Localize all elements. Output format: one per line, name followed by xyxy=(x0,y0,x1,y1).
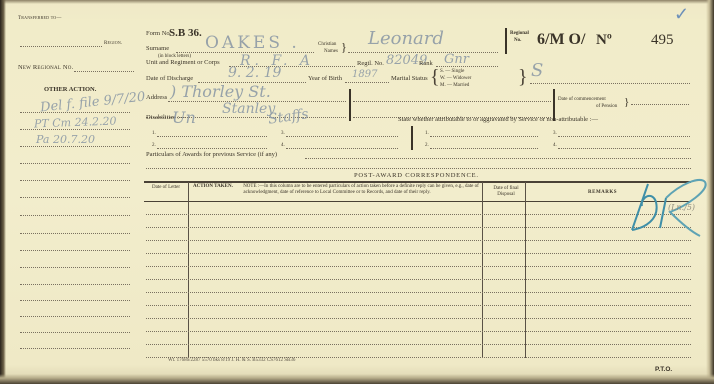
regional-divider xyxy=(505,28,507,54)
birth-value: 1897 xyxy=(352,70,377,80)
attributable-item-1: 1. xyxy=(425,131,429,136)
card-edge-bottom xyxy=(0,374,714,384)
other-action-note-3: Pa 20.7.20 xyxy=(36,134,95,145)
regtl-no-label: Regtl. No. xyxy=(357,61,384,68)
discharge-value: 9. 2. 19 xyxy=(228,66,281,80)
region-line xyxy=(20,46,102,47)
header-bottom-rule xyxy=(144,201,691,202)
other-action-line-5 xyxy=(20,180,130,181)
col-header-action-note: NOTE :—In this column are to be entered … xyxy=(193,184,481,196)
attributable-line-4 xyxy=(558,148,690,149)
disability-line-2 xyxy=(157,148,267,149)
marital-status-value: S xyxy=(531,62,543,80)
table-row xyxy=(146,253,691,254)
correspondence-top-rule xyxy=(144,181,691,183)
other-action-line-6 xyxy=(20,197,130,198)
attributable-line-2 xyxy=(430,148,538,149)
regional-label-1: Regional xyxy=(510,31,529,36)
correspondence-title: POST-AWARD CORRESPONDENCE. xyxy=(354,173,479,180)
christian-names-brace: } xyxy=(341,41,347,53)
new-regional-no-line xyxy=(74,71,134,72)
attributable-line-1 xyxy=(430,136,538,137)
serial-number: 495 xyxy=(651,33,674,48)
other-action-line-9 xyxy=(20,250,130,251)
region-label: Region. xyxy=(104,41,122,46)
attributable-item-3: 3. xyxy=(553,131,557,136)
marital-brace-left: { xyxy=(430,67,440,87)
pension-date-label-1: Date of commencement xyxy=(558,97,606,102)
table-row xyxy=(146,305,691,306)
christian-names-label-1: Christian xyxy=(318,42,336,47)
transferred-to-label: Transferred to— xyxy=(18,16,62,21)
table-row xyxy=(146,214,691,215)
other-action-line-11 xyxy=(20,284,130,285)
other-action-line-15 xyxy=(20,348,130,349)
marital-status-label: Marital Status xyxy=(391,76,428,83)
surname-value: OAKES . xyxy=(205,35,300,52)
birth-line xyxy=(345,82,389,83)
attributable-divider xyxy=(411,126,413,150)
other-action-line-1 xyxy=(20,112,130,113)
awards-label: Particulars of Awards for previous Servi… xyxy=(146,152,277,159)
disabilities-value-2: Staffs xyxy=(267,107,309,127)
table-row xyxy=(146,344,691,345)
disability-item-2: 2. xyxy=(152,143,156,148)
other-action-line-14 xyxy=(20,332,130,333)
pto-label: P.T.O. xyxy=(655,367,672,374)
other-action-line-8 xyxy=(20,233,130,234)
pension-date-brace: } xyxy=(624,97,629,108)
table-row xyxy=(146,331,691,332)
other-action-line-7 xyxy=(20,215,130,216)
regional-prefix: 6/M O/ xyxy=(537,32,585,48)
col-header-remarks: REMARKS xyxy=(588,190,617,195)
christian-names-label-2: Names xyxy=(324,49,338,54)
pension-date-line xyxy=(631,104,689,105)
pension-record-card: Transferred to— Region. New Regional No.… xyxy=(0,0,714,384)
attributable-item-2: 2. xyxy=(425,143,429,148)
disability-item-1: 1. xyxy=(152,131,156,136)
table-row xyxy=(146,240,691,241)
other-action-line-10 xyxy=(20,267,130,268)
christian-names-value: Leonard xyxy=(368,30,444,48)
other-action-label: OTHER ACTION. xyxy=(44,87,96,94)
marital-option-single: S. — Single xyxy=(440,69,464,74)
awards-line-1 xyxy=(305,158,691,159)
table-row xyxy=(146,227,691,228)
col-header-date-of-letter: Date of Letter xyxy=(146,185,186,191)
disability-item-4: 4. xyxy=(281,143,285,148)
pension-date-label-2: of Pension xyxy=(596,104,617,109)
unit-label: Unit and Regiment or Corps xyxy=(146,60,220,67)
table-row xyxy=(146,292,691,293)
table-row xyxy=(146,318,691,319)
card-edge-left xyxy=(0,0,6,384)
other-action-line-13 xyxy=(20,316,130,317)
marital-option-married: M. — Married xyxy=(440,83,469,88)
marital-option-widower: W. — Widower xyxy=(440,76,471,81)
new-regional-no-label: New Regional No. xyxy=(18,65,73,72)
other-action-note-1: Del f. file 9/7/20 xyxy=(40,91,146,115)
number-symbol: Nº xyxy=(596,33,612,48)
other-action-note-2: PT Cm 24.2.20 xyxy=(34,116,117,130)
card-edge-top xyxy=(0,0,714,4)
other-action-line-4 xyxy=(20,163,130,164)
print-code: Wt. 17686/2287 5570 bks 8/19 J. H. & S. … xyxy=(168,358,295,363)
disability-line-3 xyxy=(286,136,398,137)
attributable-item-4: 4. xyxy=(553,143,557,148)
form-no-value: S.B 36. xyxy=(169,28,202,39)
attributable-line-3 xyxy=(558,136,690,137)
awards-line-2 xyxy=(146,168,691,169)
marital-brace-right: } xyxy=(518,67,528,87)
check-mark-icon: ✓ xyxy=(674,6,689,24)
birth-label: Year of Birth xyxy=(308,76,342,83)
table-row xyxy=(146,266,691,267)
disability-line-4 xyxy=(286,148,398,149)
address-divider xyxy=(349,89,351,121)
attributable-label: State whether attributable to or aggrava… xyxy=(398,117,598,124)
table-row xyxy=(146,279,691,280)
marital-status-line xyxy=(530,83,690,84)
remarks-annotation-sub: (Ln./5) xyxy=(668,204,695,212)
other-action-line-12 xyxy=(20,300,130,301)
regional-label-2: No. xyxy=(514,38,521,43)
disabilities-value-1: Un xyxy=(172,110,196,126)
disability-line-1 xyxy=(157,136,267,137)
surname-label: Surname xyxy=(146,46,169,53)
form-no-label: Form No. xyxy=(146,31,171,38)
other-action-line-3 xyxy=(20,146,130,147)
disability-item-3: 3. xyxy=(281,131,285,136)
address-label: Address xyxy=(146,95,167,102)
address-extra-line-1 xyxy=(353,101,551,102)
address-value-1: ) Thorley St. xyxy=(170,84,271,100)
col-header-final-disposal: Date of final Disposal xyxy=(488,186,524,198)
rank-value: Gnr xyxy=(444,53,469,66)
